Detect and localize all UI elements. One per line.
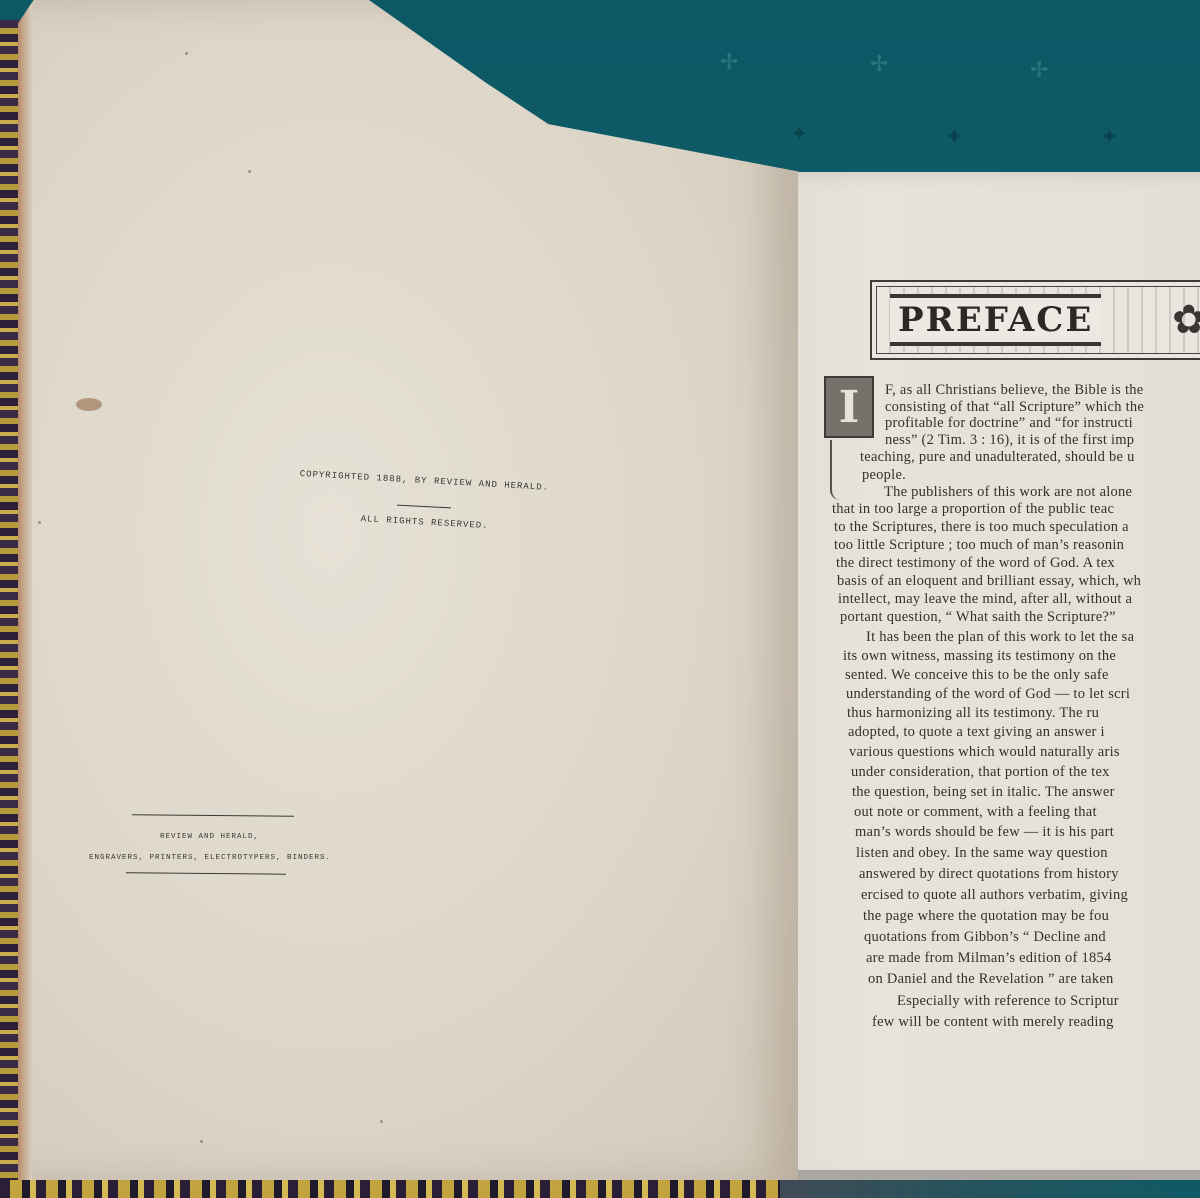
text-line: the direct testimony of the word of God.… xyxy=(836,555,1115,572)
drop-cap-flourish xyxy=(830,440,844,500)
text-line: teaching, pure and unadulterated, should… xyxy=(860,449,1135,466)
felt-pattern-mark: ✢ xyxy=(870,52,888,77)
text-line: The publishers of this work are not alon… xyxy=(884,484,1132,501)
speck xyxy=(200,1140,203,1143)
text-line: quotations from Gibbon’s “ Decline and xyxy=(864,929,1106,946)
text-line: out note or comment, with a feeling that xyxy=(854,804,1097,821)
text-line: F, as all Christians believe, the Bible … xyxy=(885,382,1143,399)
text-line: the question, being set in italic. The a… xyxy=(852,784,1115,801)
drop-cap: I xyxy=(824,376,874,438)
text-line: ness” (2 Tim. 3 : 16), it is of the firs… xyxy=(885,432,1134,449)
book-photo: ✢ ✢ ✢ ✦ ✦ ✦ Copyrighted 1888, by Review … xyxy=(0,0,1200,1198)
text-line: listen and obey. In the same way questio… xyxy=(856,845,1108,862)
text-line: its own witness, massing its testimony o… xyxy=(843,648,1116,665)
preface-heading-banner: PREFACE ✿ xyxy=(870,280,1200,360)
text-line: answered by direct quotations from histo… xyxy=(859,866,1119,883)
text-line: basis of an eloquent and brilliant essay… xyxy=(837,573,1141,590)
felt-pattern-mark: ✦ xyxy=(945,125,963,150)
felt-pattern-mark: ✦ xyxy=(790,122,808,147)
text-line: sented. We conceive this to be the only … xyxy=(845,667,1109,684)
text-line: various questions which would naturally … xyxy=(849,744,1120,761)
gilt-binding-bottom-edge xyxy=(0,1180,780,1198)
text-line: consisting of that “all Scripture” which… xyxy=(885,399,1144,416)
preface-heading: PREFACE xyxy=(890,294,1101,346)
text-line: ercised to quote all authors verbatim, g… xyxy=(861,887,1128,904)
text-line: to the Scriptures, there is too much spe… xyxy=(834,519,1129,536)
speck xyxy=(185,52,188,55)
text-line: few will be content with merely reading xyxy=(872,1014,1114,1031)
foxing-stain xyxy=(76,398,102,411)
felt-pattern-mark: ✢ xyxy=(1030,58,1048,83)
text-line: It has been the plan of this work to let… xyxy=(866,629,1134,646)
text-line: profitable for doctrine” and “for instru… xyxy=(885,415,1133,432)
text-line: portant question, “ What saith the Scrip… xyxy=(840,609,1116,626)
left-page-edge-foxing xyxy=(18,0,32,1182)
text-line: under consideration, that portion of the… xyxy=(851,764,1110,781)
printer-name: Review and Herald, xyxy=(160,833,259,841)
text-line: people. xyxy=(862,467,906,484)
text-line: that in too large a proportion of the pu… xyxy=(832,501,1114,518)
text-line: are made from Milman’s edition of 1854 xyxy=(866,950,1111,967)
speck xyxy=(380,1120,383,1123)
text-line: on Daniel and the Revelation ” are taken xyxy=(868,971,1114,988)
text-line: the page where the quotation may be fou xyxy=(863,908,1109,925)
felt-pattern-mark: ✦ xyxy=(1100,125,1118,150)
text-line: Especially with reference to Scriptur xyxy=(897,993,1119,1010)
left-page xyxy=(18,0,798,1182)
binding-bottom-right xyxy=(780,1180,1200,1198)
printer-trades: Engravers, Printers, Electrotypers, Bind… xyxy=(89,854,331,862)
text-line: understanding of the word of God — to le… xyxy=(846,686,1130,703)
speck xyxy=(248,170,251,173)
flower-ornament-icon: ✿ xyxy=(1172,300,1200,340)
speck xyxy=(38,521,41,524)
text-line: man’s words should be few — it is his pa… xyxy=(855,824,1114,841)
felt-pattern-mark: ✢ xyxy=(720,50,738,75)
text-line: adopted, to quote a text giving an answe… xyxy=(848,724,1105,741)
text-line: too little Scripture ; too much of man’s… xyxy=(834,537,1124,554)
text-line: thus harmonizing all its testimony. The … xyxy=(847,705,1099,722)
text-line: intellect, may leave the mind, after all… xyxy=(838,591,1132,608)
